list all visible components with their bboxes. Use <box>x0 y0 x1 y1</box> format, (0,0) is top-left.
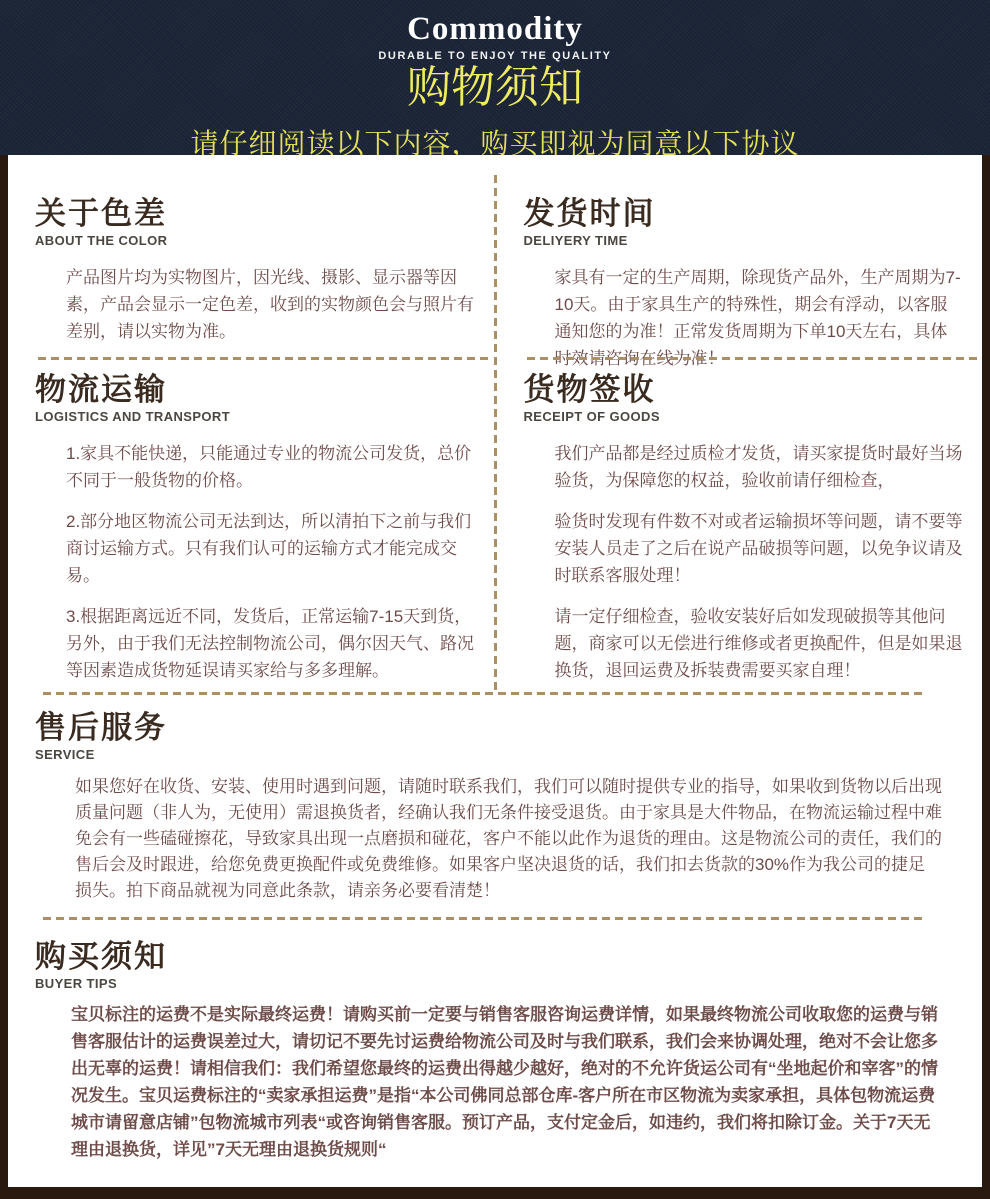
section-delivery-time: 发货时间 DELIYERY TIME 家具有一定的生产周期，除现货产品外，生产周… <box>497 155 983 357</box>
receipt-paragraph-3: 请一定仔细检查，验收安装好后如发现破损等其他问题，商家可以无偿进行维修或者更换配… <box>524 603 965 684</box>
section-subtitle: DELIYERY TIME <box>524 233 965 248</box>
logistics-item-1: 1.家具不能快递，只能通过专业的物流公司发货，总价不同于一般货物的价格。 <box>35 440 476 494</box>
section-paragraph: 如果您好在收货、安装、使用时遇到问题，请随时联系我们，我们可以随时提供专业的指导… <box>35 774 964 904</box>
section-after-sale-service: 售后服务 SERVICE 如果您好在收货、安装、使用时遇到问题，请随时联系我们，… <box>8 695 982 917</box>
brand-tagline: DURABLE TO ENJOY THE QUALITY <box>0 50 990 62</box>
section-paragraph: 产品图片均为实物图片，因光线、摄影、显示器等因素，产品会显示一定色差，收到的实物… <box>35 264 476 345</box>
bottom-frame-bar <box>0 1187 990 1199</box>
receipt-paragraph-2: 验货时发现有件数不对或者运输损坏等问题，请不要等安装人员走了之后在说产品破损等问… <box>524 508 965 589</box>
section-title: 关于色差 <box>35 197 476 231</box>
receipt-paragraph-1: 我们产品都是经过质检才发货，请买家提货时最好当场验货，为保障您的权益，验收前请仔… <box>524 440 965 494</box>
shopping-notice-page: Commodity DURABLE TO ENJOY THE QUALITY 购… <box>0 0 990 1199</box>
section-subtitle: ABOUT THE COLOR <box>35 233 476 248</box>
section-title: 货物签收 <box>524 373 965 407</box>
logistics-item-2: 2.部分地区物流公司无法到达，所以清拍下之前与我们商讨运输方式。只有我们认可的运… <box>35 508 476 589</box>
brand-title: Commodity <box>0 0 990 47</box>
section-subtitle: BUYER TIPS <box>35 976 964 991</box>
logistics-item-3: 3.根据距离远近不同，发货后，正常运输7-15天到货，另外，由于我们无法控制物流… <box>35 603 476 684</box>
page-title: 购物须知 <box>0 66 990 110</box>
section-subtitle: SERVICE <box>35 747 964 762</box>
section-paragraph: 家具有一定的生产周期，除现货产品外，生产周期为7-10天。由于家具生产的特殊性，… <box>524 264 965 372</box>
section-about-the-color: 关于色差 ABOUT THE COLOR 产品图片均为实物图片，因光线、摄影、显… <box>8 155 494 357</box>
section-title: 物流运输 <box>35 373 476 407</box>
section-buyer-tips: 购买须知 BUYER TIPS 宝贝标注的运费不是实际最终运费！请购买前一定要与… <box>8 920 982 1163</box>
section-logistics: 物流运输 LOGISTICS AND TRANSPORT 1.家具不能快递，只能… <box>8 360 494 692</box>
header-banner: Commodity DURABLE TO ENJOY THE QUALITY 购… <box>0 0 990 155</box>
right-column: 发货时间 DELIYERY TIME 家具有一定的生产周期，除现货产品外，生产周… <box>497 155 983 692</box>
section-subtitle: RECEIPT OF GOODS <box>524 409 965 424</box>
section-title: 发货时间 <box>524 197 965 231</box>
section-subtitle: LOGISTICS AND TRANSPORT <box>35 409 476 424</box>
section-title: 售后服务 <box>35 711 964 745</box>
two-column-area: 关于色差 ABOUT THE COLOR 产品图片均为实物图片，因光线、摄影、显… <box>8 155 982 692</box>
notice-body: 关于色差 ABOUT THE COLOR 产品图片均为实物图片，因光线、摄影、显… <box>0 155 990 1187</box>
section-receipt-of-goods: 货物签收 RECEIPT OF GOODS 我们产品都是经过质检才发货，请买家提… <box>497 360 983 692</box>
left-column: 关于色差 ABOUT THE COLOR 产品图片均为实物图片，因光线、摄影、显… <box>8 155 494 692</box>
section-paragraph: 宝贝标注的运费不是实际最终运费！请购买前一定要与销售客服咨询运费详情，如果最终物… <box>35 1001 964 1163</box>
section-title: 购买须知 <box>35 940 964 974</box>
